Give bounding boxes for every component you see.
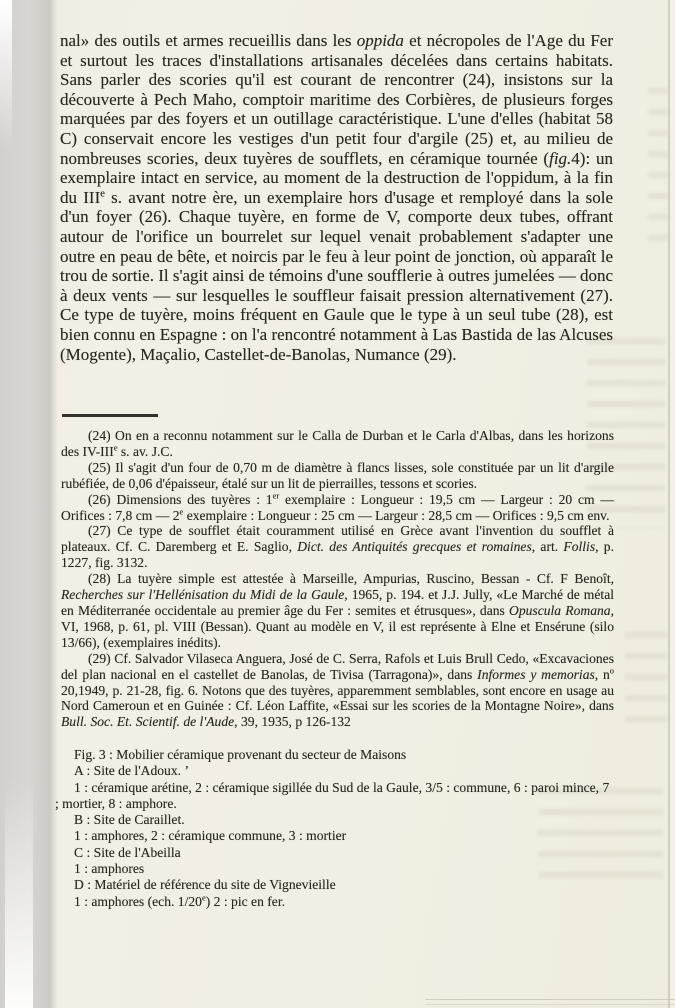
footnote-29: (29) Cf. Salvador Vilaseca Anguera, José… [61, 651, 614, 731]
footnote-25: (25) Il s'agit d'un four de 0,70 m de di… [61, 460, 614, 492]
figure-caption-line: B : Site de Caraillet. [55, 812, 612, 828]
footnote-26: (26) Dimensions des tuyères : 1er exempl… [61, 492, 614, 524]
ink-bleedthrough [625, 632, 667, 737]
figure-caption-line: 1 : amphores (ech. 1/20e) 2 : pic en fer… [55, 894, 612, 910]
figure-caption-line: 1 : amphores, 2 : céramique commune, 3 :… [55, 828, 612, 844]
figure-caption-line: Fig. 3 : Mobilier céramique provenant du… [55, 747, 612, 763]
ink-bleedthrough [648, 88, 668, 243]
body-paragraph: nal» des outils et armes recueillis dans… [60, 31, 613, 364]
figure-caption-line: C : Site de l'Abeilla [55, 845, 612, 861]
page-edge-margin [670, 0, 675, 1008]
scan-edge-highlight-top [0, 0, 12, 150]
footnote-28: (28) La tuyère simple est attestée à Mar… [61, 571, 614, 651]
footnote-separator-rule [62, 414, 158, 417]
figure-caption-block: Fig. 3 : Mobilier céramique provenant du… [55, 747, 612, 910]
scan-edge-highlight-bottom [5, 778, 33, 1008]
scanned-page: nal» des outils et armes recueillis dans… [0, 0, 675, 1008]
figure-caption-line: A : Site de l'Adoux. ’ [55, 763, 612, 779]
footnotes-block: (24) On en a reconnu notamment sur le Ca… [61, 428, 614, 730]
page-bottom-edge-lines [425, 999, 675, 1005]
footnote-24: (24) On en a reconnu notamment sur le Ca… [61, 428, 614, 460]
figure-caption-line: 1 : céramique arétine, 2 : céramique sig… [55, 780, 612, 813]
figure-caption-line: D : Matériel de référence du site de Vig… [55, 877, 612, 893]
footnote-27: (27) Ce type de soufflet était courammen… [61, 523, 614, 571]
figure-caption-line: 1 : amphores [55, 861, 612, 877]
